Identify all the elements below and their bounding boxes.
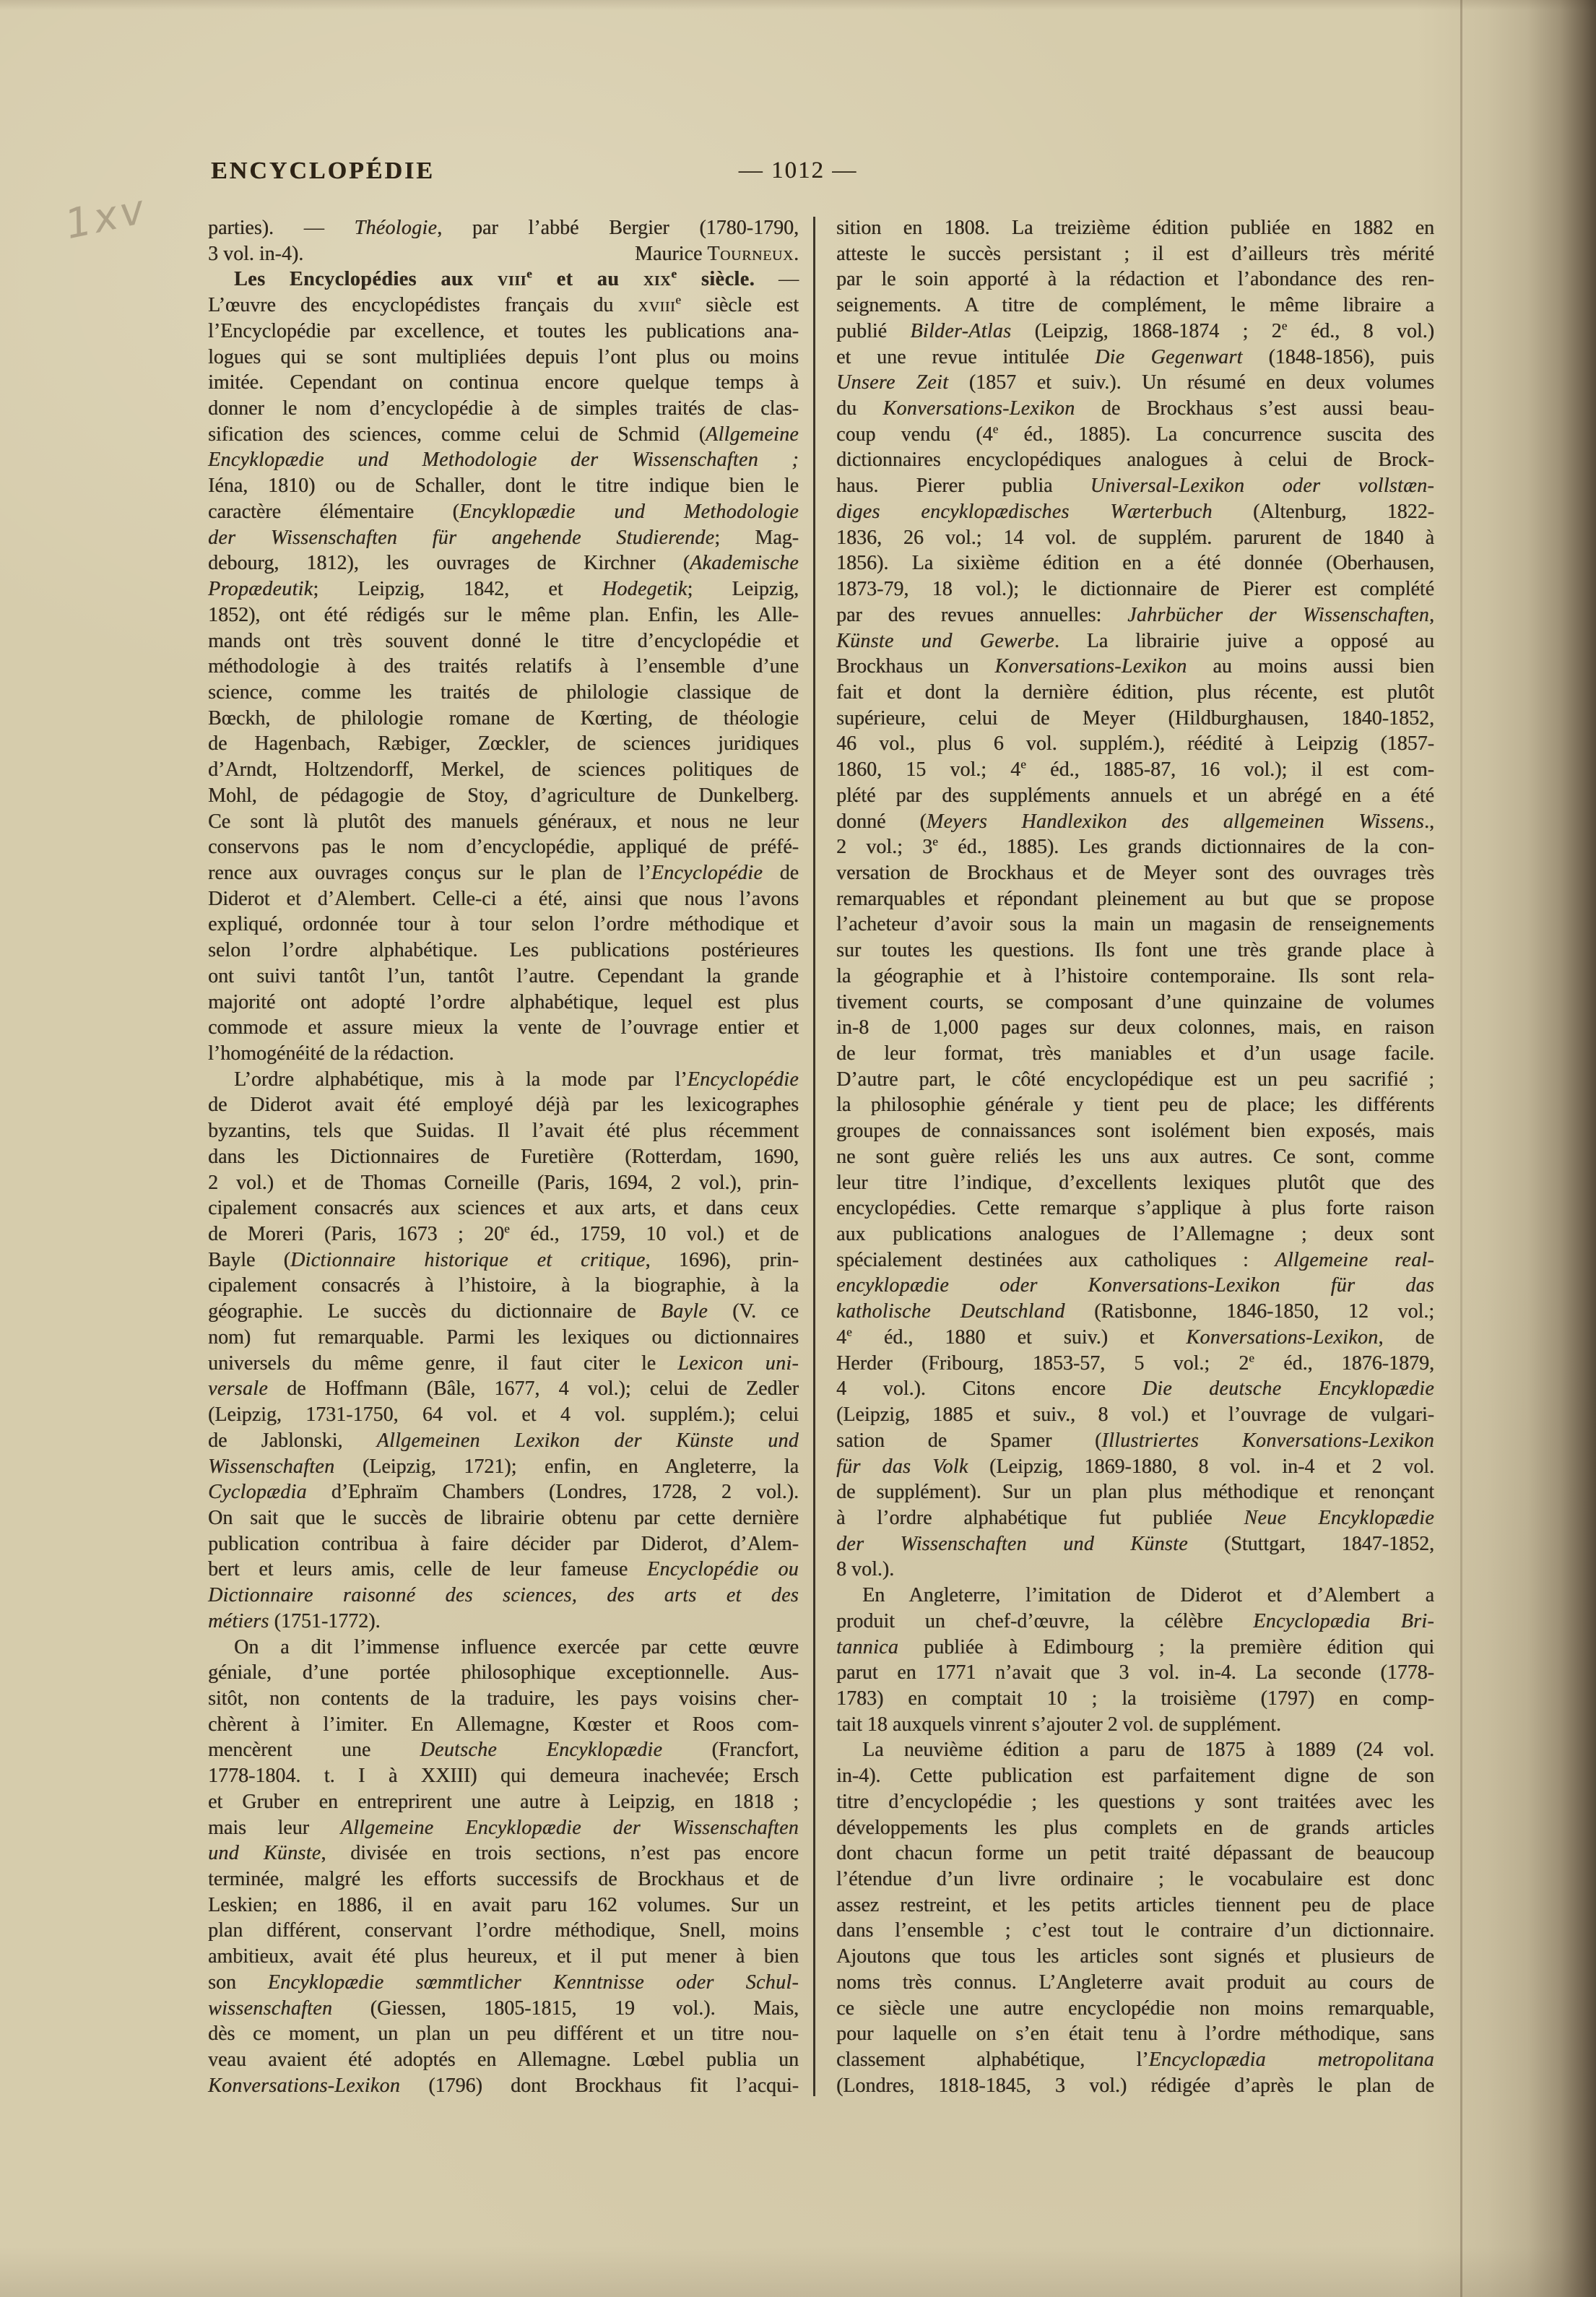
text-line: 46 vol., plus 6 vol. supplém.), réédité … [836, 731, 1434, 757]
text-line: spécialement destinées aux catholiques :… [836, 1247, 1434, 1273]
text-line: mencèrent une Deutsche Encyklopædie (Fra… [208, 1737, 799, 1763]
text-line: méthodologie à des traités relatifs à l’… [208, 654, 799, 680]
text-line: 1836, 26 vol.; 14 vol. de supplém. parur… [836, 525, 1434, 551]
text-line: katholische Deutschland (Ratisbonne, 184… [836, 1299, 1434, 1325]
text-line: de supplément). Sur un plan plus méthodi… [836, 1479, 1434, 1505]
text-line: Künste und Gewerbe. La librairie juive a… [836, 628, 1434, 654]
text-line: 1856). La sixième édition en a été donné… [836, 550, 1434, 576]
text-line: et Gruber en entreprirent une autre à Le… [208, 1789, 799, 1815]
text-line: En Angleterre, l’imitation de Diderot et… [836, 1583, 1434, 1609]
text-line: du Konversations-Lexikon de Brockhaus s’… [836, 396, 1434, 422]
text-line: versation de Brockhaus et de Meyer sont … [836, 860, 1434, 886]
text-line: commode et assure mieux la vente de l’ou… [208, 1015, 799, 1041]
text-line: für das Volk (Leipzig, 1869-1880, 8 vol.… [836, 1454, 1434, 1480]
text-line: universels du même genre, il faut citer … [208, 1351, 799, 1377]
text-line: dans les Dictionnaires de Furetière (Rot… [208, 1144, 799, 1170]
text-line: encyklopædie oder Konversations-Lexikon … [836, 1273, 1434, 1299]
text-line: plété par des suppléments annuels et un … [836, 783, 1434, 809]
text-line: dans l’ensemble ; c’est tout le contrair… [836, 1918, 1434, 1944]
text-line: tivement courts, se composant d’une quin… [836, 990, 1434, 1016]
text-line: ne sont guère reliés les uns aux autres.… [836, 1144, 1434, 1170]
text-line: produit un chef-d’œuvre, la célèbre Ency… [836, 1609, 1434, 1635]
text-line: publié Bilder-Atlas (Leipzig, 1868-1874 … [836, 319, 1434, 345]
text-line: tannica publiée à Edimbourg ; la premièr… [836, 1635, 1434, 1661]
text-line: L’ordre alphabétique, mis à la mode par … [208, 1067, 799, 1093]
text-line: Mohl, de pédagogie de Stoy, d’agricultur… [208, 783, 799, 809]
text-line: science, comme les traités de philologie… [208, 680, 799, 706]
text-line: Konversations-Lexikon (1796) dont Brockh… [208, 2073, 799, 2099]
text-line: géniale, d’une portée philosophique exce… [208, 1660, 799, 1686]
page-edge-shadow [1415, 0, 1596, 2297]
page-header: ENCYCLOPÉDIE — 1012 — [0, 157, 1596, 189]
text-line: (Londres, 1818-1845, 3 vol.) rédigée d’a… [836, 2073, 1434, 2099]
text-line: On a dit l’immense influence exercée par… [208, 1635, 799, 1661]
text-line: parties). — Théologie, par l’abbé Bergie… [208, 215, 799, 241]
text-line: 3 vol. in-4).Maurice Tourneux. [208, 241, 799, 267]
text-line: son Encyklopædie sœmmtlicher Kenntnisse … [208, 1970, 799, 1996]
text-line: de Diderot avait été employé déjà par le… [208, 1092, 799, 1118]
text-line: 8 vol.). [836, 1557, 1434, 1583]
text-line: Dictionnaire raisonné des sciences, des … [208, 1583, 799, 1609]
text-line: classement alphabétique, l’Encyclopædia … [836, 2047, 1434, 2073]
text-line: 1852), ont été rédigés sur le même plan.… [208, 602, 799, 628]
page-edge-line [1460, 0, 1462, 2297]
text-line: cipalement consacrés aux sciences et aux… [208, 1195, 799, 1221]
text-line: Iéna, 1810) ou de Schaller, dont le titr… [208, 473, 799, 499]
text-line: La neuvième édition a paru de 1875 à 188… [836, 1737, 1434, 1763]
text-line: géographie. Le succès du dictionnaire de… [208, 1299, 799, 1325]
text-line: dont chacun forme un petit traité dépass… [836, 1840, 1434, 1866]
text-line: wissenschaften (Giessen, 1805-1815, 19 v… [208, 1996, 799, 2022]
text-line: L’œuvre des encyclopédistes français du … [208, 293, 799, 319]
text-line: et une revue intitulée Die Gegenwart (18… [836, 345, 1434, 371]
text-column-left: parties). — Théologie, par l’abbé Bergie… [208, 215, 799, 2098]
text-line: ont suivi tantôt l’un, tantôt l’autre. C… [208, 964, 799, 990]
text-line: majorité ont adopté l’ordre alphabétique… [208, 990, 799, 1016]
text-line: ambitieux, avait été plus heureux, et il… [208, 1944, 799, 1970]
text-line: imitée. Cependant on continua encore que… [208, 370, 799, 396]
text-line: haus. Pierer publia Universal-Lexikon od… [836, 473, 1434, 499]
text-line: sification des sciences, comme celui de … [208, 422, 799, 448]
text-line: 1873-79, 18 vol.); le dictionnaire de Pi… [836, 576, 1434, 602]
text-line: la philosophie générale y tient peu de p… [836, 1092, 1434, 1118]
text-line: debourg, 1812), les ouvrages de Kirchner… [208, 550, 799, 576]
text-line: 2 vol.) et de Thomas Corneille (Paris, 1… [208, 1170, 799, 1196]
text-line: sition en 1808. La treizième édition pub… [836, 215, 1434, 241]
text-line: coup vendu (4e éd., 1885). La concurrenc… [836, 422, 1434, 448]
text-line: parut en 1771 n’avait que 3 vol. in-4. L… [836, 1660, 1434, 1686]
text-line: assez restreint, et les petits articles … [836, 1892, 1434, 1919]
text-line: cipalement consacrés à l’histoire, à la … [208, 1273, 799, 1299]
text-line: veau avaient été adoptés en Allemagne. L… [208, 2047, 799, 2073]
text-line: développements les plus complets en de g… [836, 1815, 1434, 1841]
text-line: noms très connus. L’Angleterre avait pro… [836, 1970, 1434, 1996]
text-line: métiers (1751-1772). [208, 1609, 799, 1635]
text-line: 1860, 15 vol.; 4e éd., 1885-87, 16 vol.)… [836, 757, 1434, 783]
text-line: atteste le succès persistant ; il est d’… [836, 241, 1434, 267]
text-line: mands ont très souvent donné le titre d’… [208, 628, 799, 654]
text-line: seignements. A titre de complément, le m… [836, 293, 1434, 319]
text-line: tait 18 auxquels vinrent s’ajouter 2 vol… [836, 1712, 1434, 1738]
author-signature: Maurice Tourneux. [635, 241, 799, 267]
text-line: supérieure, celui de Meyer (Hildburghaus… [836, 706, 1434, 732]
text-line: titre d’encyclopédie ; les questions y s… [836, 1789, 1434, 1815]
text-line: 1783) en comptait 10 ; la troisième (179… [836, 1686, 1434, 1712]
text-line: remarquables et répondant pleinement au … [836, 886, 1434, 912]
text-line: Herder (Fribourg, 1853-57, 5 vol.; 2e éd… [836, 1351, 1434, 1377]
text-line: par des revues annuelles: Jahrbücher der… [836, 602, 1434, 628]
text-line: (Leipzig, 1885 et suiv., 8 vol.) et l’ou… [836, 1402, 1434, 1428]
text-line: leur titre l’indique, d’excellents lexiq… [836, 1170, 1434, 1196]
text-line: Cyclopædia d’Ephraïm Chambers (Londres, … [208, 1479, 799, 1505]
text-line: dictionnaires encyclopédiques analogues … [836, 447, 1434, 473]
text-line: à l’ordre alphabétique fut publiée Neue … [836, 1505, 1434, 1531]
text-line: sitôt, non contents de la traduire, les … [208, 1686, 799, 1712]
text-line: expliqué, ordonnée tour à tour selon l’o… [208, 912, 799, 938]
text-line: byzantins, tels que Suidas. Il l’avait é… [208, 1118, 799, 1144]
text-line: Bœckh, de philologie romane de Kœrting, … [208, 706, 799, 732]
text-line: de Moreri (Paris, 1673 ; 20e éd., 1759, … [208, 1221, 799, 1247]
text-line: sation de Spamer (Illustriertes Konversa… [836, 1428, 1434, 1454]
text-line: bert et leurs amis, celle de leur fameus… [208, 1557, 799, 1583]
text-line: l’étendue d’un livre ordinaire ; le voca… [836, 1866, 1434, 1892]
text-line: de leur format, très maniables et d’un u… [836, 1041, 1434, 1067]
text-line: plan différent, conservant l’ordre métho… [208, 1918, 799, 1944]
text-line: und Künste, divisée en trois sections, n… [208, 1840, 799, 1866]
text-line: terminée, malgré les efforts successifs … [208, 1866, 799, 1892]
text-line: logues qui se sont multipliées depuis l’… [208, 345, 799, 371]
page-number: — 1012 — [0, 157, 1596, 184]
text-line: la géographie et à l’histoire contempora… [836, 964, 1434, 990]
text-line: pour laquelle on s’en était tenu à l’ord… [836, 2021, 1434, 2047]
text-line: On sait que le succès de librairie obten… [208, 1505, 799, 1531]
text-line: selon l’ordre alphabétique. Les publicat… [208, 938, 799, 964]
text-line: Diderot et d’Alembert. Celle-ci a été, a… [208, 886, 799, 912]
text-line: der Wissenschaften und Künste (Stuttgart… [836, 1531, 1434, 1557]
text-line: Bayle (Dictionnaire historique et critiq… [208, 1247, 799, 1273]
text-line: 4e éd., 1880 et suiv.) et Konversations-… [836, 1325, 1434, 1351]
text-line: Encyklopædie und Methodologie der Wissen… [208, 447, 799, 473]
text-line: de Hagenbach, Ræbiger, Zœckler, de scien… [208, 731, 799, 757]
text-line: ce siècle une autre encyclopédie non moi… [836, 1996, 1434, 2022]
text-line: Ce sont là plutôt des manuels généraux, … [208, 809, 799, 835]
text-line: chèrent à l’imiter. En Allemagne, Kœster… [208, 1712, 799, 1738]
text-line: D’autre part, le côté encyclopédique est… [836, 1067, 1434, 1093]
text-line: in-4). Cette publication est parfaitemen… [836, 1763, 1434, 1789]
text-line: donné (Meyers Handlexikon des allgemeine… [836, 809, 1434, 835]
text-line: versale de Hoffmann (Bâle, 1677, 4 vol.)… [208, 1376, 799, 1402]
text-line: Wissenschaften (Leipzig, 1721); enfin, e… [208, 1454, 799, 1480]
text-line: fait et dont la dernière édition, plus r… [836, 680, 1434, 706]
text-line: Les Encyclopédies aux viiie et au xixe s… [208, 267, 799, 293]
text-line: 4 vol.). Citons encore Die deutsche Ency… [836, 1376, 1434, 1402]
text-line: rence aux ouvrages conçus sur le plan de… [208, 860, 799, 886]
text-line: d’Arndt, Holtzendorff, Merkel, de scienc… [208, 757, 799, 783]
scanned-book-page: ENCYCLOPÉDIE — 1012 — 1xv parties). — Th… [0, 0, 1596, 2297]
text-line: (Leipzig, 1731-1750, 64 vol. et 4 vol. s… [208, 1402, 799, 1428]
text-line: l’acheteur d’avoir sous la main un magas… [836, 912, 1434, 938]
text-line: diges encyklopædisches Wærterbuch (Alten… [836, 499, 1434, 525]
text-line: in-8 de 1,000 pages sur deux colonnes, m… [836, 1015, 1434, 1041]
bottom-shade [0, 2246, 1596, 2297]
text-line: Ajoutons que tous les articles sont sign… [836, 1944, 1434, 1970]
text-line-left: 3 vol. in-4). [208, 241, 303, 267]
text-line: donner le nom d’encyclopédie à de simple… [208, 396, 799, 422]
text-line: Propædeutik; Leipzig, 1842, et Hodegetik… [208, 576, 799, 602]
text-line: encyclopédies. Cette remarque s’applique… [836, 1195, 1434, 1221]
text-line: par le soin apporté à la rédaction et l’… [836, 267, 1434, 293]
text-line: conservons pas le nom d’encyclopédie, ap… [208, 834, 799, 860]
text-line: mais leur Allgemeine Encyklopædie der Wi… [208, 1815, 799, 1841]
text-line: sur toutes les questions. Ils font une t… [836, 938, 1434, 964]
text-line: aux publications analogues de l’Allemagn… [836, 1221, 1434, 1247]
text-column-right: sition en 1808. La treizième édition pub… [836, 215, 1434, 2098]
text-line: l’homogénéité de la rédaction. [208, 1041, 799, 1067]
text-line: nom) fut remarquable. Parmi les lexiques… [208, 1325, 799, 1351]
text-line: Brockhaus un Konversations-Lexikon au mo… [836, 654, 1434, 680]
text-line: Unsere Zeit (1857 et suiv.). Un résumé e… [836, 370, 1434, 396]
text-line: de Jablonski, Allgemeinen Lexikon der Kü… [208, 1428, 799, 1454]
text-line: Leskien; en 1886, il en avait paru 162 v… [208, 1892, 799, 1919]
pencil-margin-note: 1xv [61, 186, 151, 248]
text-line: l’Encyclopédie par excellence, et toutes… [208, 319, 799, 345]
text-line: caractère élémentaire (Encyklopædie und … [208, 499, 799, 525]
text-line: dès ce moment, un plan un peu différent … [208, 2021, 799, 2047]
column-divider-rule [813, 217, 815, 2096]
text-line: 2 vol.; 3e éd., 1885). Les grands dictio… [836, 834, 1434, 860]
text-line: publication contribua à faire décider pa… [208, 1531, 799, 1557]
text-line: groupes de connaissances sont isolément … [836, 1118, 1434, 1144]
text-line: 1778-1804. t. I à XXIII) qui demeura ina… [208, 1763, 799, 1789]
text-line: der Wissenschaften für angehende Studier… [208, 525, 799, 551]
